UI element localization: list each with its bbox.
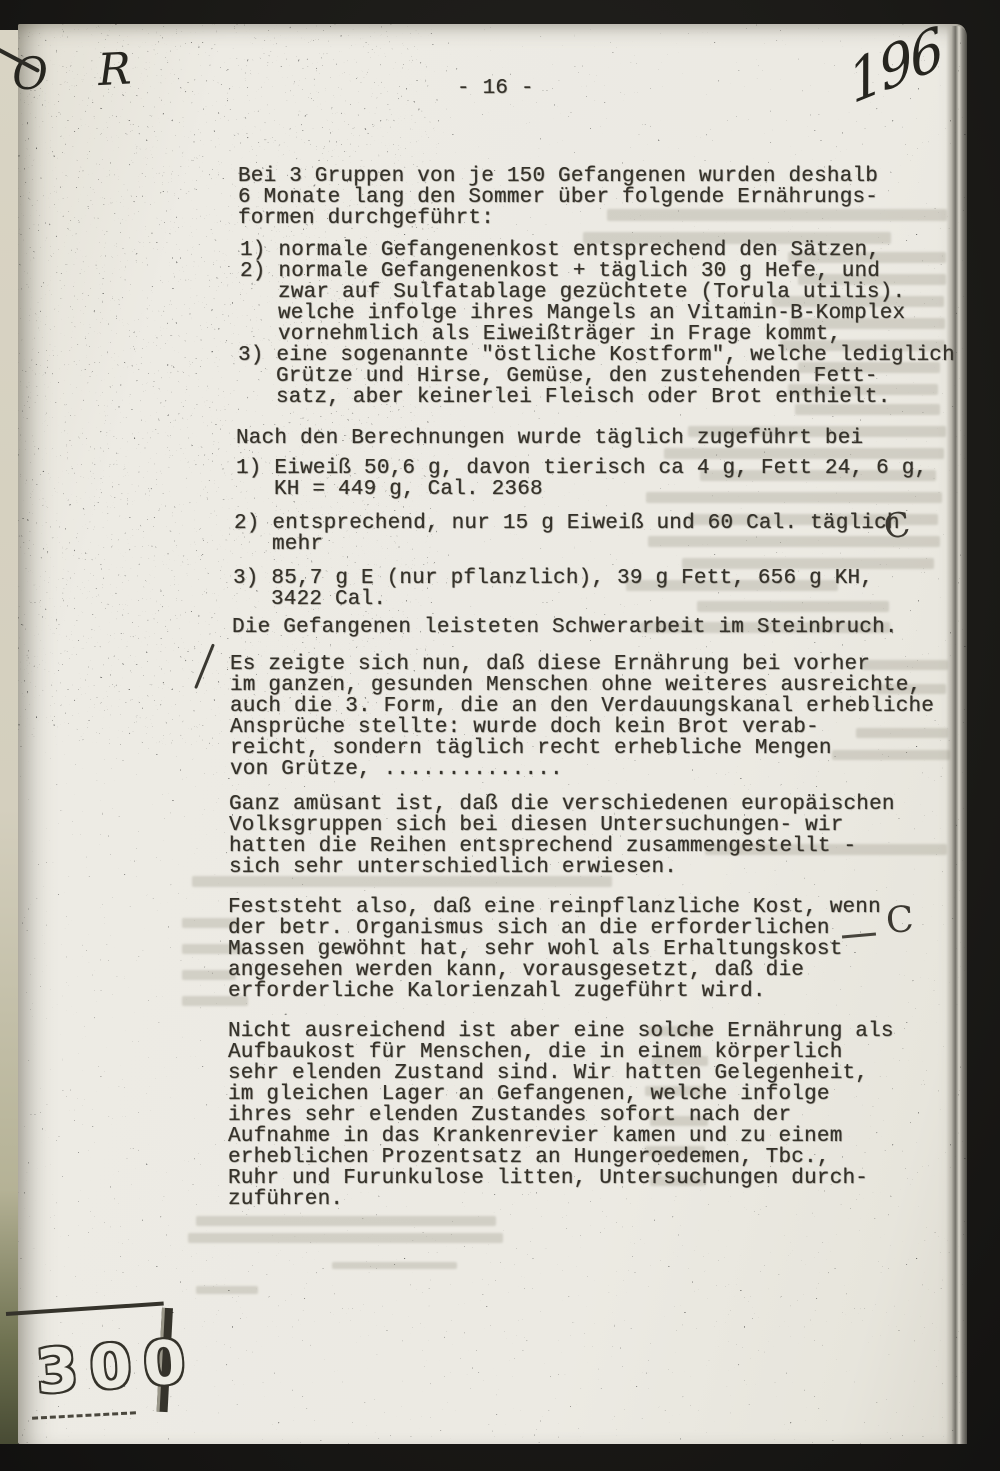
handwritten-paragraph-slash [194, 643, 215, 689]
list-item-calc-1: 1) Eiweiß 50,6 g, davon tierisch ca 4 g,… [236, 458, 984, 500]
list-item-diet-3: 3) eine sogenannte "östliche Kostform", … [238, 345, 996, 408]
list-item-diet-2: 2) normale Gefangenenkost + täglich 30 g… [240, 261, 978, 345]
paragraph-conclusion: Feststeht also, daß eine reinpflanzliche… [228, 897, 928, 1002]
paragraph-insufficient: Nicht ausreichend ist aber eine solche E… [228, 1021, 928, 1210]
paragraph-calc-intro: Nach den Berechnungen wurde täglich zuge… [236, 428, 916, 449]
stamp-frame-top [6, 1302, 164, 1316]
paragraph-observation: Es zeigte sich nun, daß diese Ernährung … [230, 654, 940, 780]
handwritten-page-ref: 196 [844, 15, 946, 117]
handwritten-top-left-note: O R [11, 42, 151, 100]
margin-mark-icon: C [885, 899, 915, 942]
paragraph-groups: Ganz amüsant ist, daß die verschiedenen … [229, 794, 929, 878]
scan-background: - 16 - O R 196 Bei 3 Gruppen von je 150 … [0, 0, 1000, 1471]
stamp-underline [32, 1411, 136, 1419]
list-item-calc-2: 2) entsprechend, nur 15 g Eiweiß und 60 … [234, 513, 972, 555]
ink-layer: - 16 - O R 196 Bei 3 Gruppen von je 150 … [0, 0, 1000, 1471]
list-item-diet-1: 1) normale Gefangenenkost entsprechend d… [240, 240, 978, 261]
paragraph-intro: Bei 3 Gruppen von je 150 Gefangenen wurd… [238, 166, 898, 229]
page-number: - 16 - [457, 78, 534, 99]
list-item-calc-3: 3) 85,7 g E (nur pflanzlich), 39 g Fett,… [233, 568, 971, 610]
paragraph-work-note: Die Gefangenen leisteten Schwerarbeit im… [232, 617, 932, 638]
archive-stamp: 300 [34, 1326, 200, 1407]
margin-mark-icon: C [881, 504, 912, 547]
